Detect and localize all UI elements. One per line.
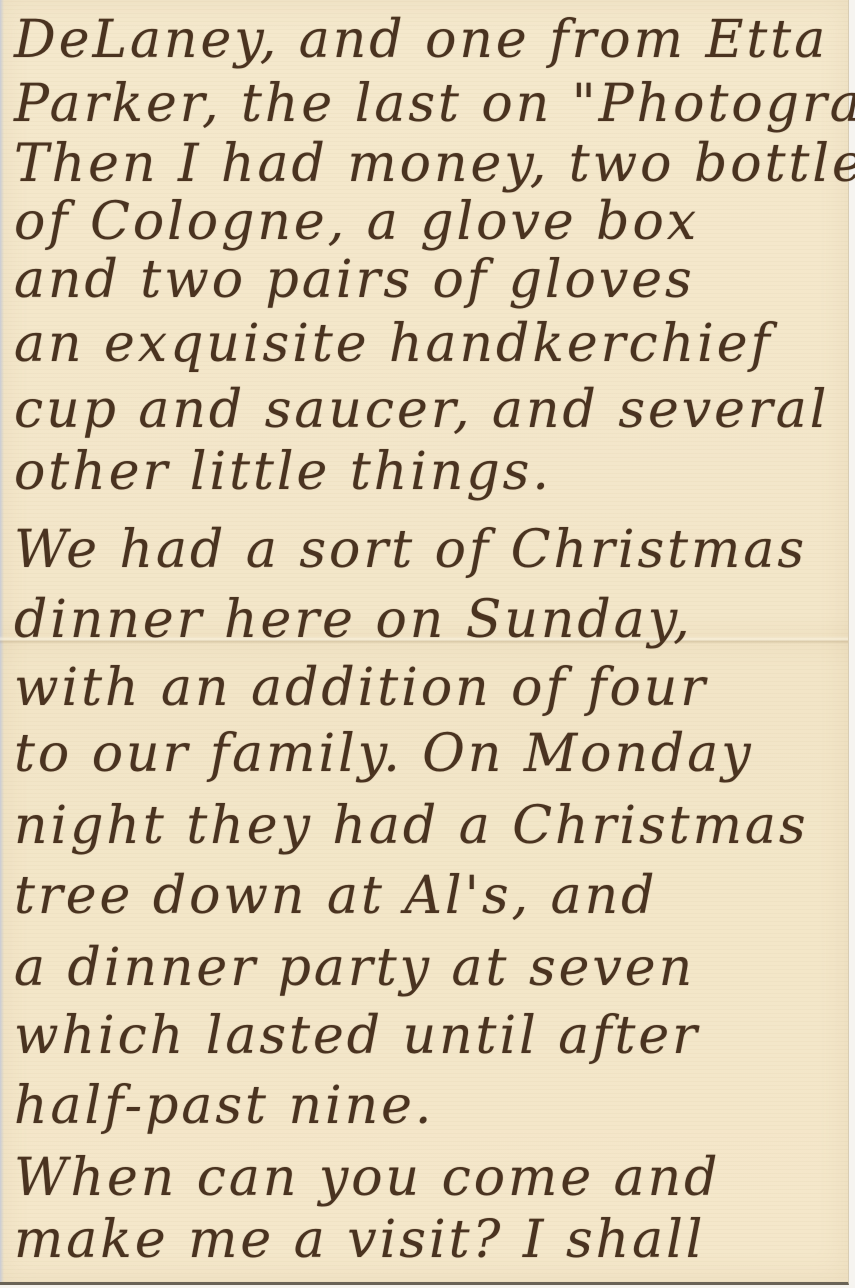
handwritten-line: DeLaney, and one from Etta <box>14 14 828 66</box>
handwritten-line: tree down at Al's, and <box>14 870 657 922</box>
handwritten-line: half-past nine. <box>14 1080 434 1132</box>
handwritten-line: Parker, the last on "Photography" <box>14 78 855 130</box>
handwritten-line: dinner here on Sunday, <box>14 594 693 646</box>
handwritten-line: an exquisite handkerchief <box>14 318 773 370</box>
handwritten-line: with an addition of four <box>14 662 708 714</box>
handwritten-line: cup and saucer, and several <box>14 384 829 436</box>
handwritten-line: night they had a Christmas <box>14 800 809 852</box>
letter-page: DeLaney, and one from Etta Parker, the l… <box>0 0 849 1285</box>
handwritten-line: a dinner party at seven <box>14 942 695 994</box>
handwritten-line: of Cologne, a glove box <box>14 196 699 248</box>
handwritten-line: make me a visit? I shall <box>14 1214 705 1266</box>
handwritten-line: other little things. <box>14 446 552 498</box>
handwritten-line: and two pairs of gloves <box>14 254 695 306</box>
handwritten-line: We had a sort of Christmas <box>14 524 807 576</box>
handwritten-line: Then I had money, two bottles <box>14 138 855 190</box>
handwritten-line: to our family. On Monday <box>14 728 754 780</box>
handwritten-line: which lasted until after <box>14 1010 700 1062</box>
handwritten-line: When can you come and <box>14 1152 720 1204</box>
